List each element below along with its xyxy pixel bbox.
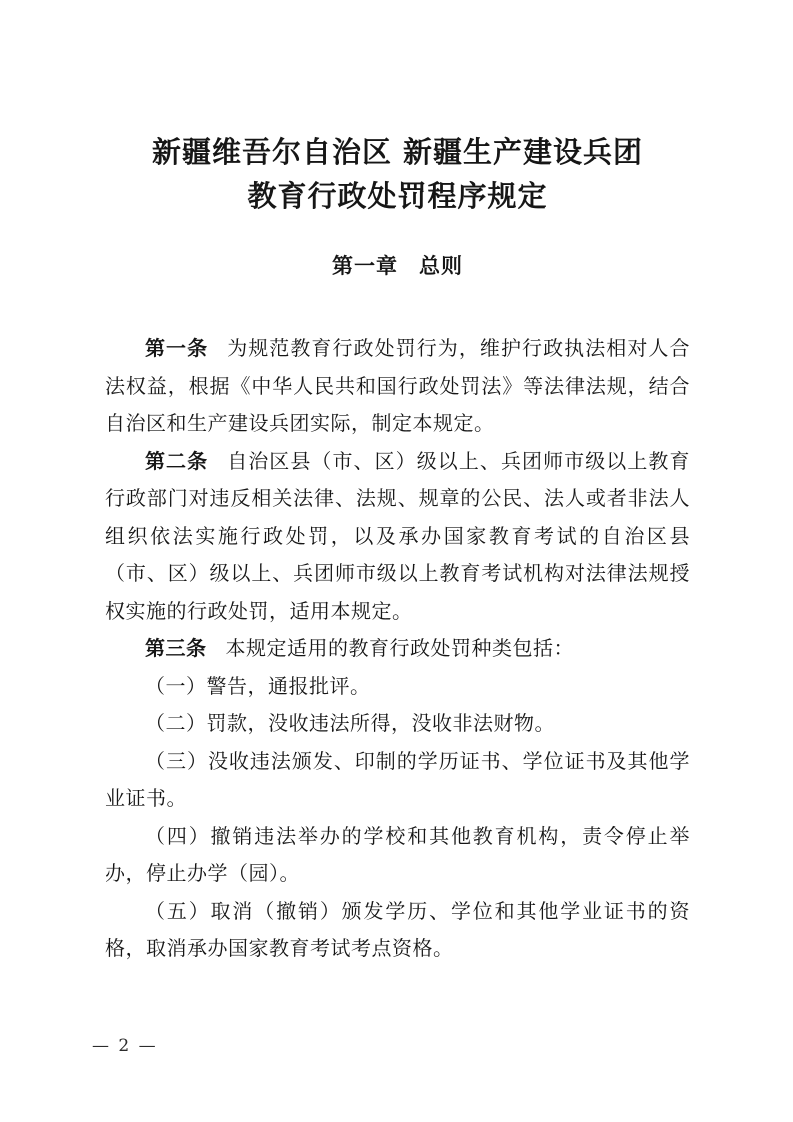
chapter-title: 总则 [419, 254, 463, 278]
penalty-item-5: （五）取消（撤销）颁发学历、学位和其他学业证书的资格，取消承办国家教育考试考点资… [105, 893, 690, 968]
document-title-line2: 教育行政处罚程序规定 [105, 174, 690, 218]
article-2-paragraph: 第二条自治区县（市、区）级以上、兵团师市级以上教育行政部门对违反相关法律、法规、… [105, 443, 690, 631]
article-2-text: 自治区县（市、区）级以上、兵团师市级以上教育行政部门对违反相关法律、法规、规章的… [105, 449, 690, 623]
penalty-item-2: （二）罚款，没收违法所得，没收非法财物。 [105, 705, 690, 743]
article-3-text: 本规定适用的教育行政处罚种类包括： [226, 636, 575, 660]
article-1-label: 第一条 [145, 336, 208, 360]
document-content: 新疆维吾尔自治区 新疆生产建设兵团 教育行政处罚程序规定 第一章总则 第一条为规… [0, 0, 793, 968]
document-body: 第一条为规范教育行政处罚行为，维护行政执法相对人合法权益，根据《中华人民共和国行… [105, 330, 690, 968]
article-1-paragraph: 第一条为规范教育行政处罚行为，维护行政执法相对人合法权益，根据《中华人民共和国行… [105, 330, 690, 443]
penalty-item-4: （四）撤销违法举办的学校和其他教育机构，责令停止举办，停止办学（园）。 [105, 818, 690, 893]
document-page: 新疆维吾尔自治区 新疆生产建设兵团 教育行政处罚程序规定 第一章总则 第一条为规… [0, 0, 793, 1122]
penalty-item-1: （一）警告，通报批评。 [105, 668, 690, 706]
page-number: — 2 — [92, 1036, 158, 1056]
document-title: 新疆维吾尔自治区 新疆生产建设兵团 教育行政处罚程序规定 [105, 130, 690, 218]
chapter-heading: 第一章总则 [105, 254, 690, 278]
document-title-line1: 新疆维吾尔自治区 新疆生产建设兵团 [105, 130, 690, 174]
penalty-item-3: （三）没收违法颁发、印制的学历证书、学位证书及其他学业证书。 [105, 743, 690, 818]
article-3-paragraph: 第三条本规定适用的教育行政处罚种类包括： [105, 630, 690, 668]
chapter-number: 第一章 [332, 254, 398, 278]
article-2-label: 第二条 [145, 449, 208, 473]
article-3-label: 第三条 [145, 636, 207, 660]
